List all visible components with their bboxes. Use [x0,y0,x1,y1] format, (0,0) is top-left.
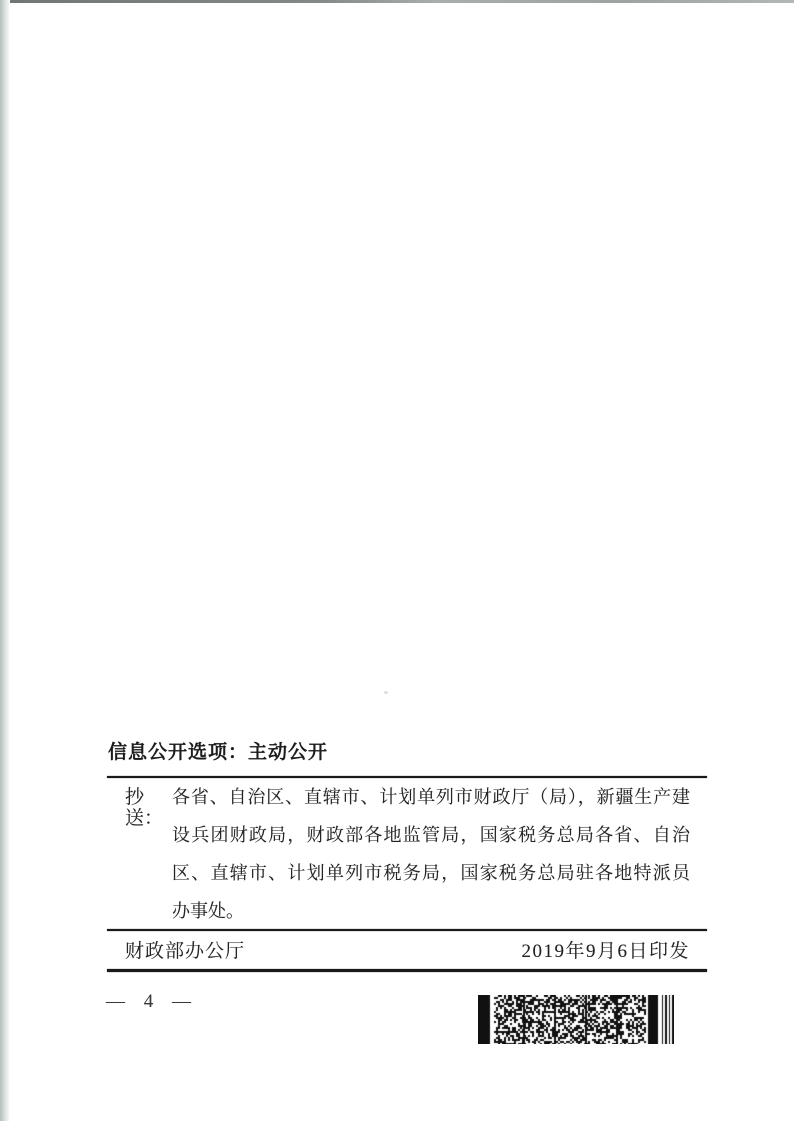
scan-top-edge-artifact [0,0,794,3]
divider-bottom [107,969,707,972]
scan-left-edge-artifact [0,0,10,1121]
cc-line: 设兵团财政局，财政部各地监管局，国家税务总局各省、自治 [172,825,690,847]
cc-line: 各省、自治区、直辖市、计划单列市财政厅（局），新疆生产建 [172,787,690,809]
info-disclosure-heading: 信息公开选项：主动公开 [108,742,668,764]
document-barcode-icon [478,995,674,1044]
page-number: — 4 — [106,991,197,1012]
scan-dust-speck [384,691,388,694]
scanned-document-page: 信息公开选项：主动公开 抄送： 各省、自治区、直辖市、计划单列市财政厅（局），新… [0,0,794,1121]
divider-middle [107,929,707,931]
footer-print-date: 2019年9月6日印发 [390,941,690,962]
cc-line: 办事处。 [172,901,690,923]
cc-label: 抄送： [125,787,175,829]
divider-top [107,776,707,778]
footer-issuing-office: 财政部办公厅 [125,941,245,962]
cc-line: 区、直辖市、计划单列市税务局，国家税务总局驻各地特派员 [172,863,690,885]
